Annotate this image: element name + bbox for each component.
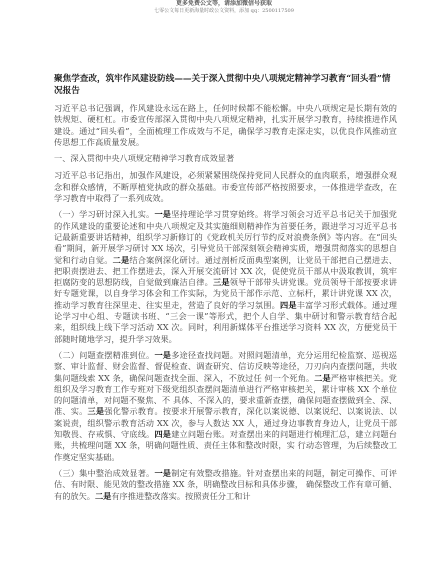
paragraph-problems: （二）问题查摆精准到位。一是多途径查找问题。对照问题清单，充分运用纪检监察、巡视… [54,350,397,463]
point-marker: 一是 [154,350,171,360]
document-title: 聚焦学查改，筑牢作风建设防线——关于深入贯彻中央八项规定精神学习教育“回头看”情… [54,74,397,97]
point-marker: 二是 [113,255,130,265]
point-marker: 三是 [213,277,230,287]
point-marker: 二是 [95,491,111,501]
paragraph-rectification: （三）集中整治成效显著。一是制定有效整改措施。针对查摆出来的问题，制定可操作、可… [54,468,397,502]
point-text: 有序推进整改落实。按照责任分工和计 [111,491,250,501]
document-body: 聚焦学查改，筑牢作风建设防线——关于深入贯彻中央八项规定精神学习教育“回头看”情… [54,74,397,507]
point-marker: 二是 [314,373,331,383]
intro-paragraph: 习近平总书记强调，作风建设永远在路上，任何时候都不能松懈。中央八项规定是长期有效… [54,103,397,148]
header-contact-line: 七零公文每日更新海量时政公文资料，添加 qq：2500117509 [0,8,448,14]
header-promo-line: 更多免费公文等，请添加微信号获取 [0,0,448,7]
paragraph-lead: （三）集中整治成效显著。 [54,468,154,478]
point-marker: 四是 [154,429,171,439]
point-marker: 一是 [154,468,171,478]
section-heading: 一、深入贯彻中央八项规定精神学习教育成效显著 [54,153,397,164]
paragraph-study: （一）学习研讨深入扎实。一是坚持理论学习贯穿始终。将学习领会习近平总书记关于加强… [54,209,397,345]
point-marker: 四是 [280,300,297,310]
point-marker: 一是 [154,209,171,219]
point-marker: 三是 [87,406,104,416]
paragraph-lead: （一）学习研讨深入扎实。 [54,209,154,219]
section-intro-paragraph: 习近平总书记指出，加强作风建设，必须紧紧围绕保持党同人民群众的血肉联系，增强群众… [54,170,397,204]
paragraph-lead: （二）问题查摆精准到位。 [54,350,154,360]
